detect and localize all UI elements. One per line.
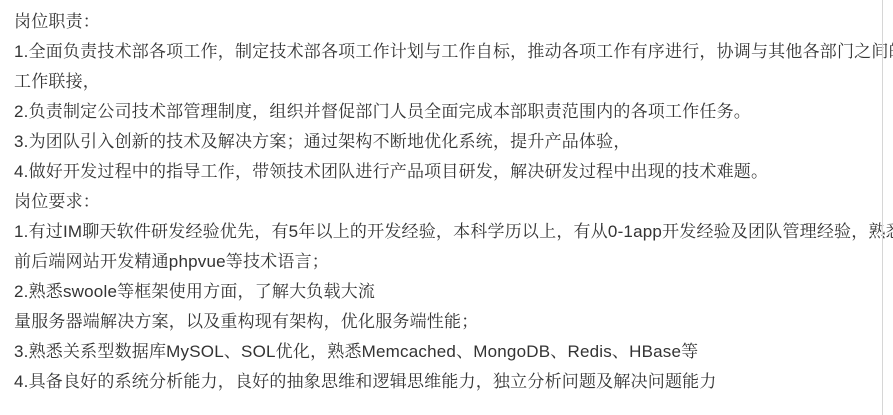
responsibility-item-2: 2.负责制定公司技术部管理制度，组织并督促部门人员全面完成本部职责范围内的各项工… [14,97,874,127]
job-description-text: 岗位职责： 1.全面负责技术部各项工作，制定技术部各项工作计划与工作自标，推动各… [14,7,874,397]
responsibility-item-4: 4.做好开发过程中的指导工作，带领技术团队进行产品项目研发，解决研发过程中出现的… [14,157,874,187]
requirements-heading: 岗位要求： [14,187,874,217]
requirement-item-4: 4.具备良好的系统分析能力，良好的抽象思维和逻辑思维能力，独立分析问题及解决问题… [14,367,874,397]
requirement-item-1-line-2: 前后端网站开发精通phpvue等技术语言； [14,247,874,277]
panel-right-divider [882,0,883,415]
responsibility-item-1-line-2: 工作联接， [14,67,874,97]
requirement-item-3: 3.熟悉关系型数据库MySOL、SOL优化，熟悉Memcached、MongoD… [14,337,874,367]
responsibility-item-1-line-1: 1.全面负责技术部各项工作，制定技术部各项工作计划与工作自标，推动各项工作有序进… [14,37,874,67]
requirement-item-2-line-2: 量服务器端解决方案，以及重构现有架构，优化服务端性能； [14,307,874,337]
responsibilities-heading: 岗位职责： [14,7,874,37]
responsibility-item-3: 3.为团队引入创新的技术及解决方案；通过架构不断地优化系统，提升产品体验， [14,127,874,157]
job-description-panel: 岗位职责： 1.全面负责技术部各项工作，制定技术部各项工作计划与工作自标，推动各… [0,0,893,415]
requirement-item-2-line-1: 2.熟悉swoole等框架使用方面，了解大负载大流 [14,277,874,307]
requirement-item-1-line-1: 1.有过IM聊天软件研发经验优先，有5年以上的开发经验，本科学历以上，有从0-1… [14,217,874,247]
